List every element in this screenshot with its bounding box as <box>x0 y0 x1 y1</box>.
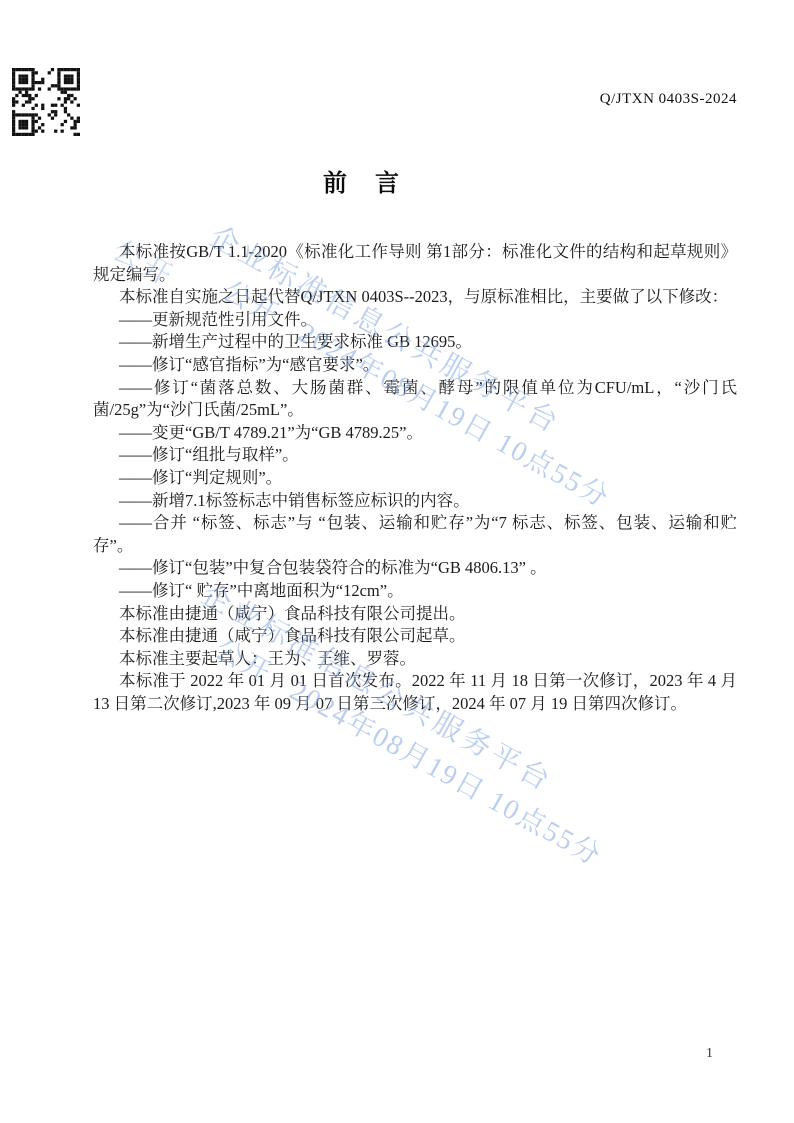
paragraph: ——变更“GB/T 4789.21”为“GB 4789.25”。 <box>93 422 737 445</box>
qr-code-icon <box>12 68 80 136</box>
paragraph: 本标准由捷通（咸宁）食品科技有限公司提出。 <box>93 603 737 626</box>
paragraph: 本标准主要起草人：王为、王维、罗蓉。 <box>93 648 737 671</box>
standard-number: Q/JTXN 0403S-2024 <box>600 91 737 108</box>
paragraph: ——修订“组批与取样”。 <box>93 444 737 467</box>
paragraph: ——更新规范性引用文件。 <box>93 309 737 332</box>
paragraph: 本标准由捷通（咸宁）食品科技有限公司起草。 <box>93 625 737 648</box>
document-page: Q/JTXN 0403S-2024 前 言 企业标准信息公共服务平台 公开202… <box>0 0 794 1123</box>
paragraph: ——新增生产过程中的卫生要求标准 GB 12695。 <box>93 331 737 354</box>
paragraph: ——修订“包装”中复合包装袋符合的标准为“GB 4806.13” 。 <box>93 557 737 580</box>
paragraph: ——修订“感官指标”为“感官要求”。 <box>93 354 737 377</box>
paragraph: 本标准按GB/T 1.1-2020《标准化工作导则 第1部分：标准化文件的结构和… <box>93 241 737 286</box>
paragraph: ——修订“菌落总数、大肠菌群、霉菌、酵母”的限值单位为CFU/mL，“沙门氏菌/… <box>93 377 737 422</box>
page-title: 前 言 <box>0 163 794 198</box>
paragraph: ——修订“ 贮存”中离地面积为“12cm”。 <box>93 580 737 603</box>
paragraph: 本标准自实施之日起代替Q/JTXN 0403S--2023，与原标准相比，主要做… <box>93 286 737 309</box>
foreword-body: 本标准按GB/T 1.1-2020《标准化工作导则 第1部分：标准化文件的结构和… <box>93 241 737 715</box>
paragraph: ——合并 “标签、标志”与 “包装、运输和贮存”为“7 标志、标签、包装、运输和… <box>93 512 737 557</box>
paragraph: ——修订“判定规则”。 <box>93 467 737 490</box>
paragraph: 本标准于 2022 年 01 月 01 日首次发布。2022 年 11 月 18… <box>93 670 737 715</box>
page-number: 1 <box>706 1046 713 1062</box>
paragraph: ——新增7.1标签标志中销售标签应标识的内容。 <box>93 490 737 513</box>
